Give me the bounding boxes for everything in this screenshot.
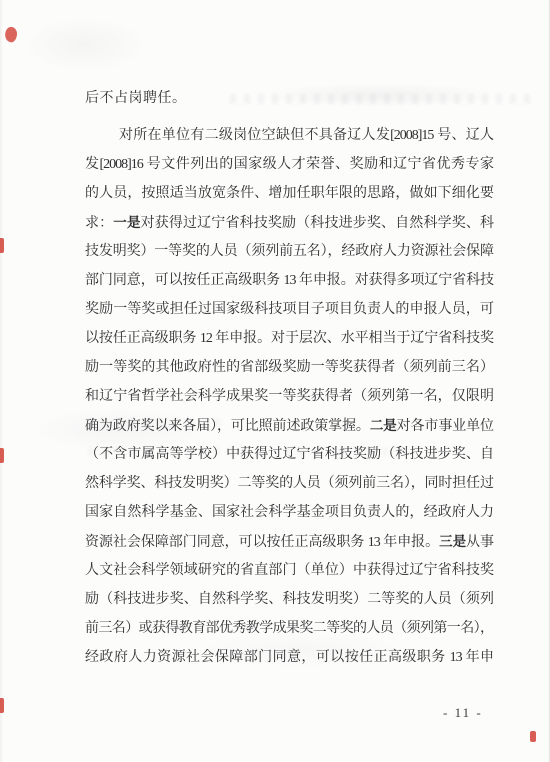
document-body: 后不占岗聘任。对所在单位有二级岗位空缺但不具备辽人发[2008]15 号、辽人发… <box>85 84 493 672</box>
document-line: 奖励一等奖或担任过国家级科技项目子项目负责人的申报人员，可 <box>85 295 493 324</box>
body-text: 然科学奖、科技发明奖）二等奖的人员（须列前三名），同时担任过 <box>85 476 493 491</box>
document-line: 人文社会科学领域研究的省直部门（单位）中获得过辽宁省科技奖 <box>85 556 493 585</box>
body-text: 对各市事业单位 <box>397 419 493 434</box>
red-edge-mark-2 <box>0 448 4 463</box>
emphasis-text: 一是 <box>113 215 140 230</box>
document-line: 求：一是对获得过辽宁省科技奖励（科技进步奖、自然科学奖、科 <box>85 208 493 237</box>
red-edge-mark-3 <box>0 698 4 713</box>
document-line: （不含市属高等学校）中获得过辽宁省科技奖励（科技进步奖、自 <box>85 440 493 469</box>
body-text: 发[2008]16 号文件列出的国家级人才荣誉、奖励和辽宁省优秀专家 <box>85 157 493 172</box>
body-text: 对获得过辽宁省科技奖励（科技进步奖、自然科学奖、科 <box>141 216 493 231</box>
body-text: 从事 <box>466 535 493 550</box>
body-text: 奖励一等奖或担任过国家级科技项目子项目负责人的申报人员，可 <box>85 302 493 317</box>
document-line: 和辽宁省哲学社会科学成果奖一等奖获得者（须列第一名，仅限明 <box>85 382 493 411</box>
body-text: （不含市属高等学校）中获得过辽宁省科技奖励（科技进步奖、自 <box>85 447 493 462</box>
body-text: 前三名）或获得教育部优秀教学成果奖二等奖的人员（须列第一名）， <box>85 621 493 636</box>
body-text: 求： <box>85 216 113 231</box>
document-line: 部门同意，可以按任正高级职务 13 年申报。对获得多项辽宁省科技 <box>85 266 493 295</box>
body-text: 经政府人力资源社会保障部门同意，可以按任正高级职务 13 年申 <box>85 650 493 665</box>
body-text: 国家自然科学基金、国家社会科学基金项目负责人的，经政府人力 <box>85 505 493 520</box>
body-text: 以按任正高级职务 12 年申报。对于层次、水平相当于辽宁省科技奖 <box>85 331 493 346</box>
document-line: 对所在单位有二级岗位空缺但不具备辽人发[2008]15 号、辽人 <box>85 121 493 150</box>
body-text: 后不占岗聘任。 <box>85 91 187 106</box>
body-text: 人文社会科学领域研究的省直部门（单位）中获得过辽宁省科技奖 <box>85 563 493 578</box>
red-edge-mark-bottom-right <box>530 731 536 742</box>
document-line: 以按任正高级职务 12 年申报。对于层次、水平相当于辽宁省科技奖 <box>85 324 493 353</box>
body-text: 励一等奖的其他政府性的省部级奖励一等奖获得者（须列前三名） <box>85 360 493 375</box>
red-edge-mark-1 <box>0 238 4 253</box>
document-line: 技发明奖）一等奖的人员（须列前五名），经政府人力资源社会保障 <box>85 237 493 266</box>
scanned-document-page: 后不占岗聘任。对所在单位有二级岗位空缺但不具备辽人发[2008]15 号、辽人发… <box>0 0 550 762</box>
emphasis-text: 二是 <box>370 418 397 433</box>
emphasis-text: 三是 <box>439 534 466 549</box>
red-ink-mark-top-left <box>3 26 19 44</box>
body-text: 和辽宁省哲学社会科学成果奖一等奖获得者（须列第一名，仅限明 <box>85 389 493 404</box>
document-line: 然科学奖、科技发明奖）二等奖的人员（须列前三名），同时担任过 <box>85 469 493 498</box>
document-line: 励一等奖的其他政府性的省部级奖励一等奖获得者（须列前三名） <box>85 353 493 382</box>
document-line: 励（科技进步奖、自然科学奖、科技发明奖）二等奖的人员（须列 <box>85 585 493 614</box>
document-line: 经政府人力资源社会保障部门同意，可以按任正高级职务 13 年申 <box>85 643 493 672</box>
body-text: 励（科技进步奖、自然科学奖、科技发明奖）二等奖的人员（须列 <box>85 592 493 607</box>
body-text: 的人员，按照适当放宽条件、增加任职年限的思路，做如下细化要 <box>85 186 493 201</box>
body-text: 资源社会保障部门同意，可以按任正高级职务 13 年申报。 <box>85 535 439 550</box>
body-text: 对所在单位有二级岗位空缺但不具备辽人发[2008]15 号、辽人 <box>119 128 493 143</box>
body-text: 确为政府奖以来各届），可比照前述政策掌握。 <box>85 419 370 434</box>
document-line: 前三名）或获得教育部优秀教学成果奖二等奖的人员（须列第一名）， <box>85 614 493 643</box>
document-line: 的人员，按照适当放宽条件、增加任职年限的思路，做如下细化要 <box>85 179 493 208</box>
body-text: 技发明奖）一等奖的人员（须列前五名），经政府人力资源社会保障 <box>85 244 493 259</box>
document-line: 发[2008]16 号文件列出的国家级人才荣誉、奖励和辽宁省优秀专家 <box>85 150 493 179</box>
document-line: 确为政府奖以来各届），可比照前述政策掌握。二是对各市事业单位 <box>85 411 493 440</box>
page-number: - 11 - <box>443 705 483 721</box>
document-line: 国家自然科学基金、国家社会科学基金项目负责人的，经政府人力 <box>85 498 493 527</box>
body-text: 部门同意，可以按任正高级职务 13 年申报。对获得多项辽宁省科技 <box>85 273 493 288</box>
document-line: 后不占岗聘任。 <box>85 84 493 113</box>
document-line: 资源社会保障部门同意，可以按任正高级职务 13 年申报。三是从事 <box>85 527 493 556</box>
